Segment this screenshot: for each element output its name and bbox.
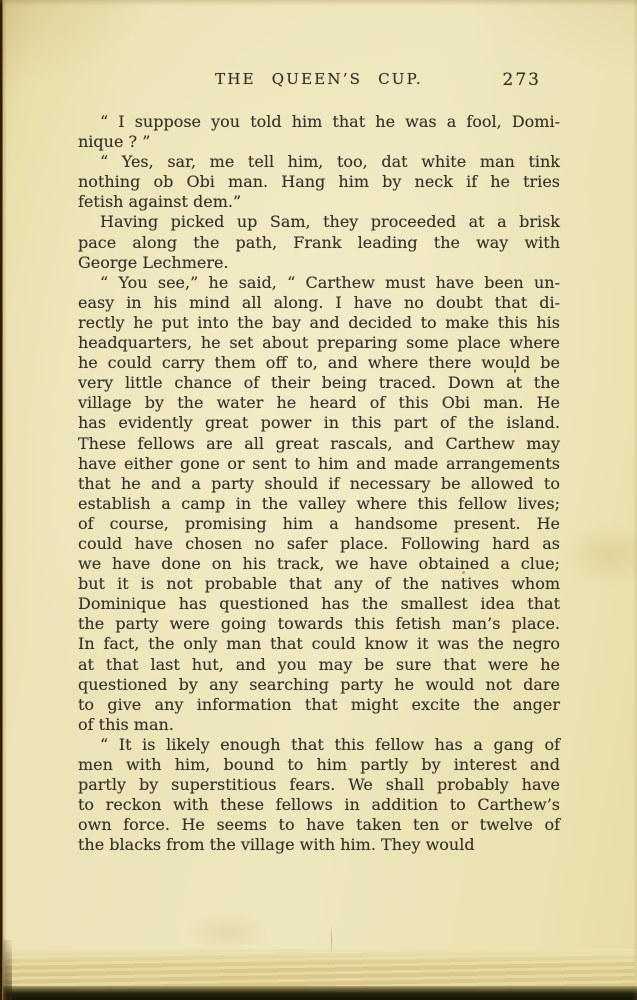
text-line: nothing ob Obi man. Hang him by neck if …: [78, 172, 560, 192]
ink-speck: [545, 763, 547, 766]
text-line: we have done on his track, we have obtai…: [78, 554, 560, 574]
page-title: THE QUEEN’S CUP.: [78, 70, 560, 88]
text-line: that he and a party should if necessary …: [78, 474, 560, 494]
paragraph: “ I suppose you told him that he was a f…: [78, 112, 560, 152]
text-line: establish a camp in the valley where thi…: [78, 494, 560, 514]
text-line: to reckon with these fellows in addition…: [78, 795, 560, 815]
text-line: he could carry them off to, and where th…: [78, 353, 560, 373]
paragraph: “ It is likely enough that this fellow h…: [78, 735, 560, 856]
ink-speck: [462, 571, 465, 574]
text-line: village by the water he heard of this Ob…: [78, 393, 560, 413]
paragraph: Having picked up Sam, they proceeded at …: [78, 212, 560, 272]
text-line: but it is not probable that any of the n…: [78, 574, 560, 594]
text-line: nique ? ”: [78, 132, 560, 152]
book-cover-edge: [0, 986, 637, 1000]
page-edge-stack: [5, 949, 635, 987]
text-line: men with him, bound to him partly by int…: [78, 755, 560, 775]
text-line: have either gone or sent to him and made…: [78, 454, 560, 474]
text-line: “ It is likely enough that this fellow h…: [78, 735, 560, 755]
text-line: to give any information that might excit…: [78, 695, 560, 715]
text-line: Dominique has questioned has the smalles…: [78, 594, 560, 614]
text-line: In fact, the only man that could know it…: [78, 634, 560, 654]
text-line: the party were going towards this fetish…: [78, 614, 560, 634]
text-line: headquarters, he set about preparing som…: [78, 333, 560, 353]
text-column: “ I suppose you told him that he was a f…: [78, 112, 560, 855]
text-line: George Lechmere.: [78, 253, 560, 273]
text-line: easy in his mind all along. I have no do…: [78, 293, 560, 313]
text-line: questioned by any searching party he wou…: [78, 675, 560, 695]
scanned-book-page: THE QUEEN’S CUP. 273 “ I suppose you tol…: [0, 0, 637, 1000]
right-page-edge: [633, 0, 637, 1000]
top-page-edge: [0, 0, 637, 6]
text-line: partly by superstitious fears. We shall …: [78, 775, 560, 795]
text-line: “ I suppose you told him that he was a f…: [78, 112, 560, 132]
text-line: These fellows are all great rascals, and…: [78, 434, 560, 454]
text-line: could have chosen no safer place. Follow…: [78, 534, 560, 554]
text-line: of this man.: [78, 715, 560, 735]
text-line: Having picked up Sam, they proceeded at …: [78, 212, 560, 232]
text-line: “ Yes, sar, me tell him, too, dat white …: [78, 152, 560, 172]
text-line: pace along the path, Frank leading the w…: [78, 233, 560, 253]
text-line: fetish against dem.”: [78, 192, 560, 212]
text-line: own force. He seems to have taken ten or…: [78, 815, 560, 835]
text-line: rectly he put into the bay and decided t…: [78, 313, 560, 333]
running-header: THE QUEEN’S CUP. 273: [78, 70, 560, 94]
paragraph: “ Yes, sar, me tell him, too, dat white …: [78, 152, 560, 212]
crease-mark: [331, 925, 332, 955]
text-line: very little chance of their being traced…: [78, 373, 560, 393]
text-line: “ You see,” he said, “ Carthew must have…: [78, 273, 560, 293]
text-line: has evidently great power in this part o…: [78, 413, 560, 433]
text-line: of course, promising him a handsome pres…: [78, 514, 560, 534]
page-number: 273: [503, 70, 541, 90]
text-line: at that last hut, and you may be sure th…: [78, 655, 560, 675]
ink-speck: [514, 369, 516, 373]
left-binding-edge: [0, 0, 7, 1000]
paragraph: “ You see,” he said, “ Carthew must have…: [78, 273, 560, 735]
text-line: the blacks from the village with him. Th…: [78, 835, 560, 855]
